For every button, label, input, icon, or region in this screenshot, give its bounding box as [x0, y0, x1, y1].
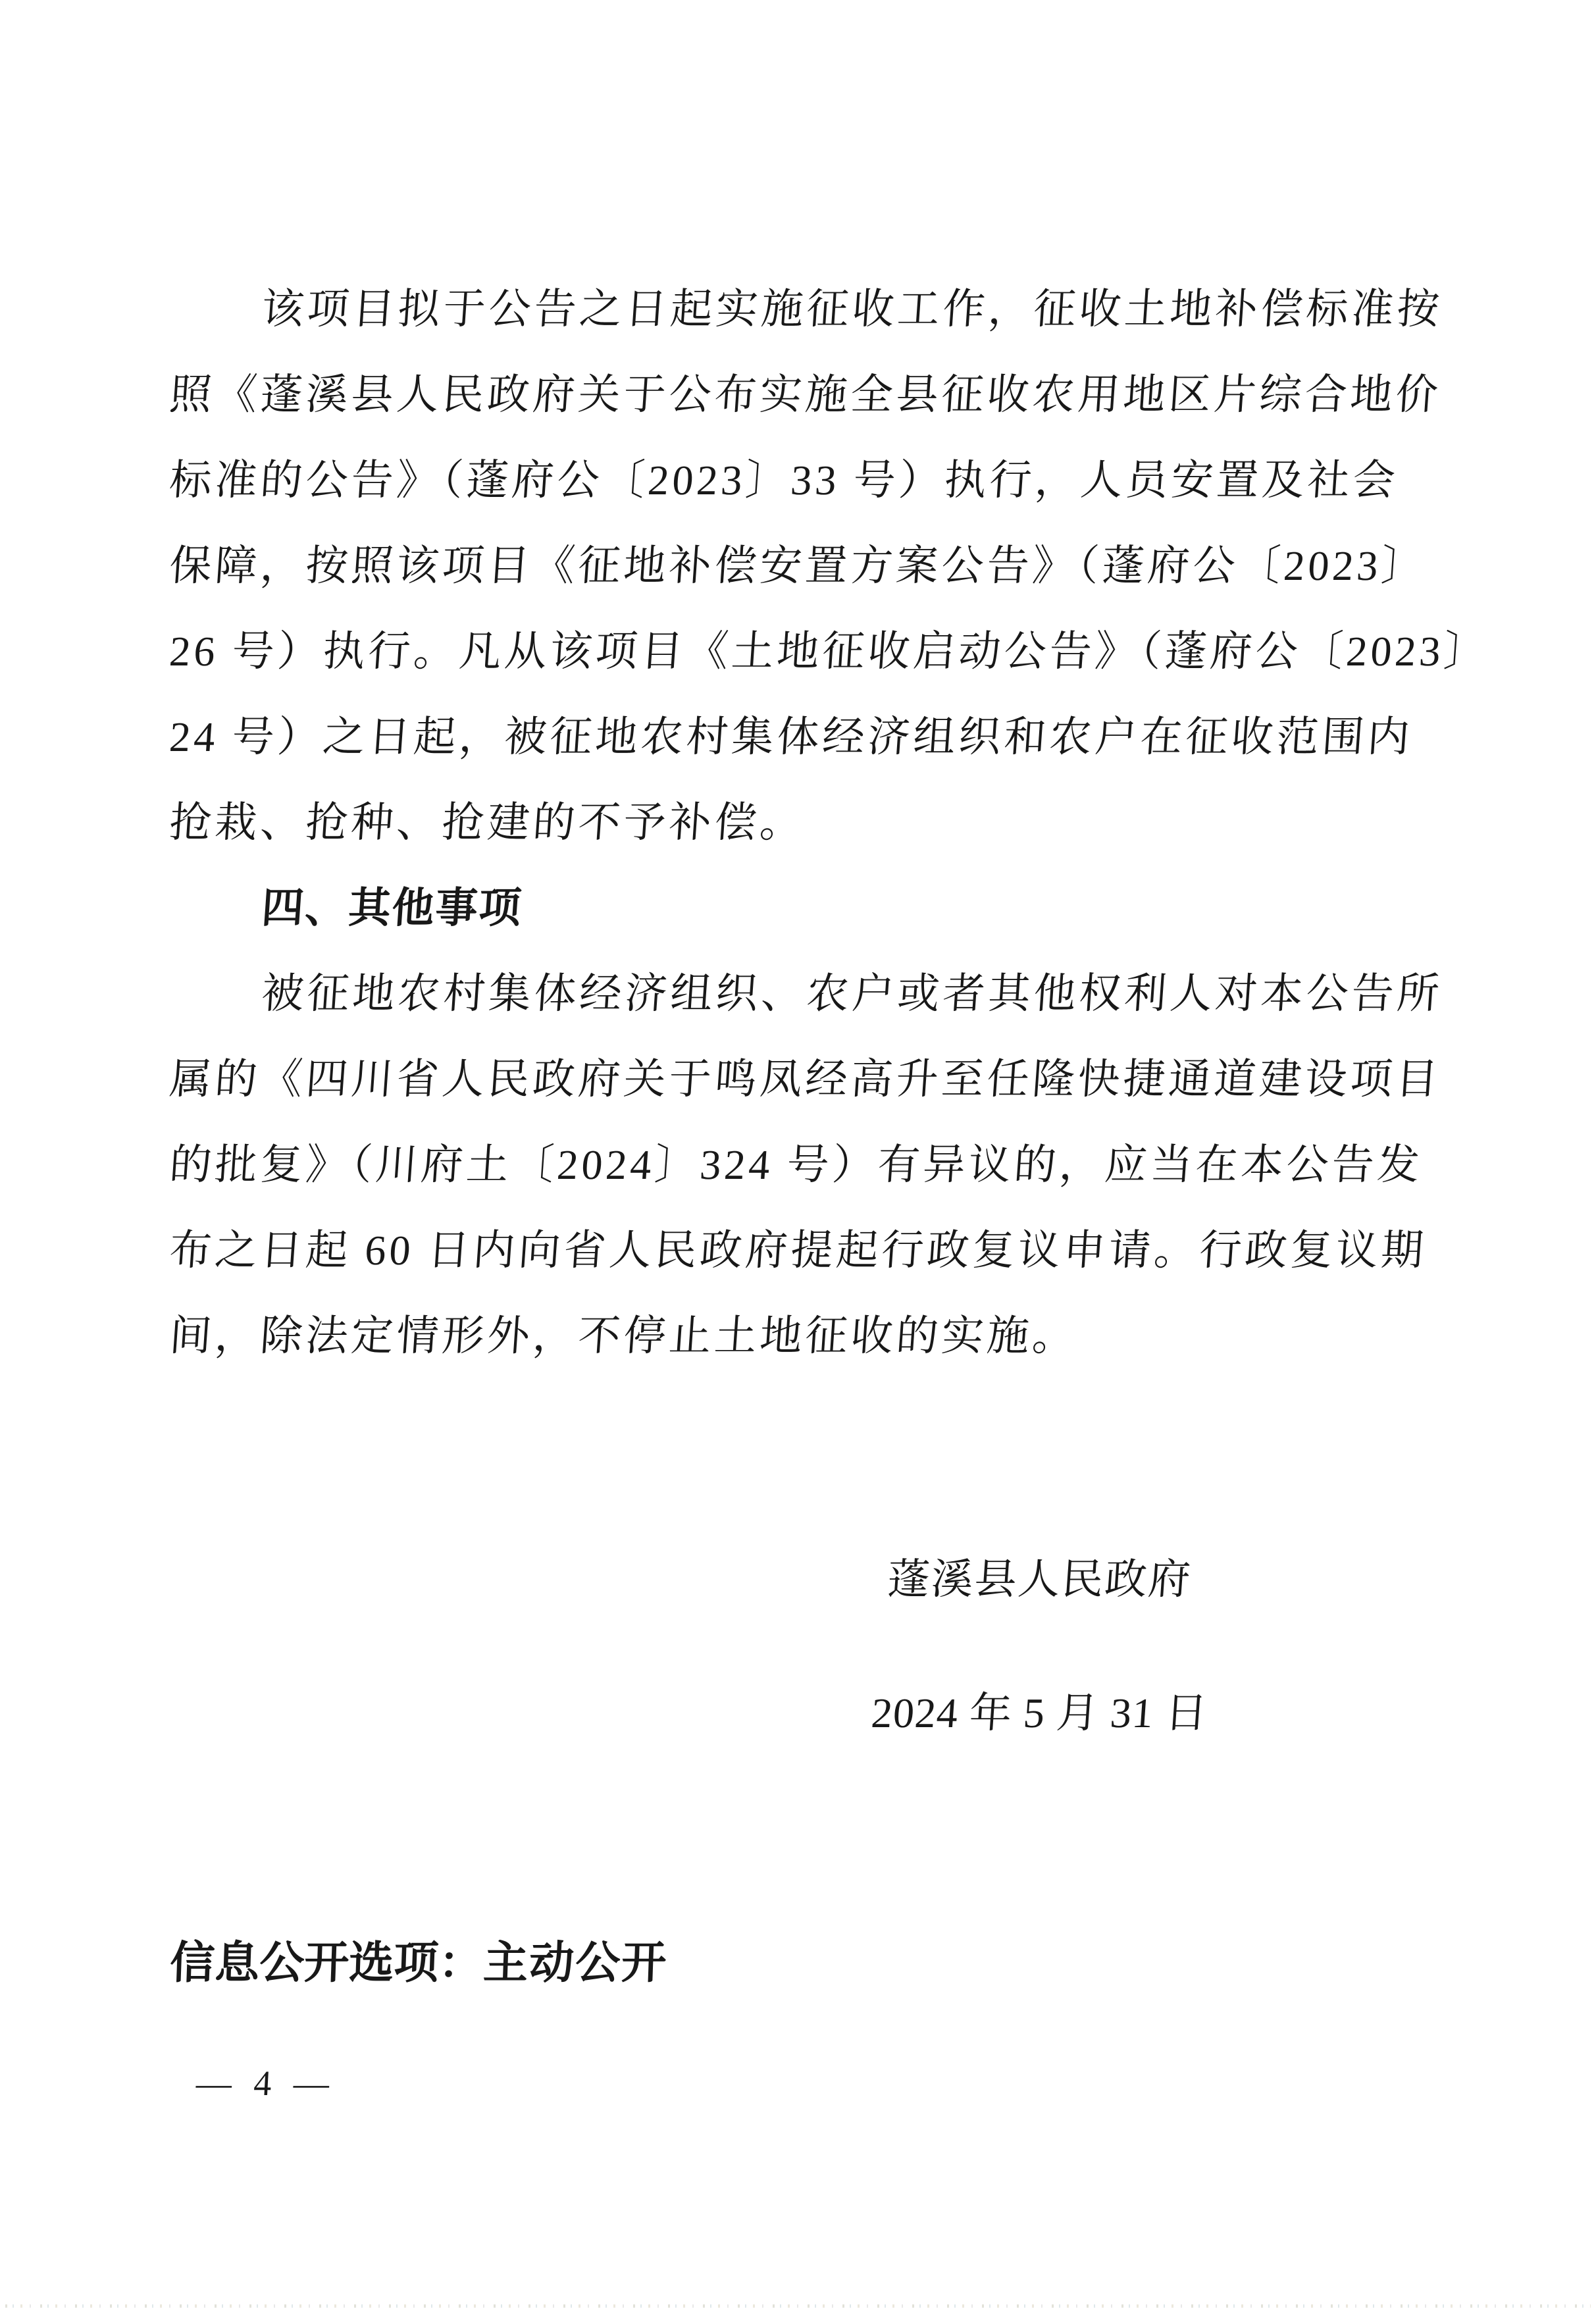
text-line: 24 号）之日起，被征地农村集体经济组织和农户在征收范围内 — [167, 694, 1403, 780]
signature-block: 蓬溪县人民政府 2024 年 5 月 31 日 — [846, 1537, 1227, 1756]
text-line: 属的《四川省人民政府关于鸣凤经高升至任隆快捷通道建设项目 — [167, 1037, 1403, 1122]
section-heading: 四、其他事项 — [167, 866, 1403, 951]
text-line: 间，除法定情形外，不停止土地征收的实施。 — [167, 1293, 1403, 1379]
scan-artifact-strip — [5, 2304, 1591, 2308]
disclosure-label: 信息公开选项： — [169, 1937, 484, 1989]
disclosure-line: 信息公开选项：主动公开 — [168, 1920, 669, 2006]
text-line: 照《蓬溪县人民政府关于公布实施全县征收农用地区片综合地价 — [167, 352, 1403, 438]
text-line: 标准的公告》（蓬府公〔2023〕33 号）执行，人员安置及社会 — [167, 438, 1403, 523]
scanned-document-page: 该项目拟于公告之日起实施征收工作，征收土地补偿标准按 照《蓬溪县人民政府关于公布… — [0, 0, 1596, 2309]
text-line: 布之日起 60 日内向省人民政府提起行政复议申请。行政复议期 — [167, 1208, 1403, 1293]
issue-date: 2024 年 5 月 31 日 — [846, 1671, 1233, 1756]
text-line: 保障，按照该项目《征地补偿安置方案公告》（蓬府公〔2023〕 — [167, 523, 1403, 609]
disclosure-value: 主动公开 — [482, 1938, 669, 1988]
page-number: — 4 — — [195, 2057, 337, 2110]
text-line: 的批复》（川府土〔2024〕324 号）有异议的，应当在本公告发 — [167, 1122, 1403, 1208]
text-line: 该项目拟于公告之日起实施征收工作，征收土地补偿标准按 — [167, 267, 1403, 352]
text-line: 被征地农村集体经济组织、农户或者其他权利人对本公告所 — [167, 951, 1403, 1037]
text-line: 26 号）执行。凡从该项目《土地征收启动公告》（蓬府公〔2023〕 — [167, 609, 1403, 694]
announcement-body: 该项目拟于公告之日起实施征收工作，征收土地补偿标准按 照《蓬溪县人民政府关于公布… — [167, 267, 1397, 1379]
text-line: 抢栽、抢种、抢建的不予补偿。 — [167, 780, 1403, 866]
issuer-name: 蓬溪县人民政府 — [846, 1537, 1233, 1622]
